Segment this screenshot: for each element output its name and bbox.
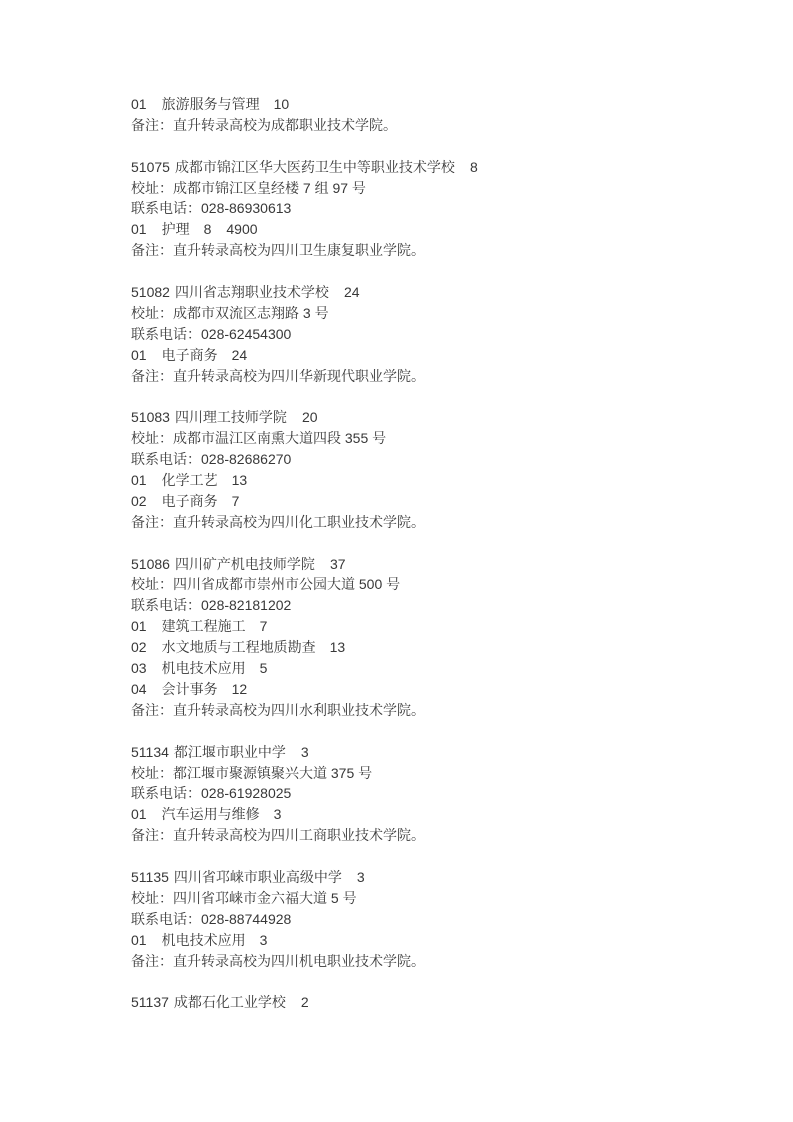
school-block: 51083四川理工技师学院20校址：成都市温江区南熏大道四段 355 号联系电话…	[131, 407, 478, 532]
school-total-count: 20	[302, 409, 318, 425]
phone-value: 028-88744928	[201, 911, 291, 927]
major-line: 01旅游服务与管理10	[131, 94, 478, 115]
major-count: 12	[232, 681, 248, 697]
address-line: 校址：四川省邛崃市金六福大道 5 号	[131, 888, 478, 909]
note-value: 直升转录高校为四川华新现代职业学院。	[173, 368, 425, 384]
phone-label: 联系电话：	[131, 785, 201, 801]
school-block: 51134都江堰市职业中学3校址：都江堰市聚源镇聚兴大道 375 号联系电话：0…	[131, 742, 478, 846]
school-header-line: 51083四川理工技师学院20	[131, 407, 478, 428]
major-name: 护理	[162, 221, 190, 237]
major-line: 01护理84900	[131, 219, 478, 240]
note-line: 备注：直升转录高校为四川机电职业技术学院。	[131, 951, 478, 972]
note-label: 备注：	[131, 368, 173, 384]
note-line: 备注：直升转录高校为四川工商职业技术学院。	[131, 825, 478, 846]
major-code: 04	[131, 681, 147, 697]
address-value: 四川省邛崃市金六福大道 5 号	[173, 890, 357, 906]
note-line: 备注：直升转录高校为四川水利职业技术学院。	[131, 700, 478, 721]
address-label: 校址：	[131, 180, 173, 196]
major-line: 01电子商务24	[131, 345, 478, 366]
school-total-count: 3	[301, 744, 309, 760]
school-admission-list: 01旅游服务与管理10备注：直升转录高校为成都职业技术学院。51075成都市锦江…	[131, 94, 478, 1034]
school-code: 51135	[131, 869, 169, 885]
address-value: 四川省成都市崇州市公园大道 500 号	[173, 576, 400, 592]
note-label: 备注：	[131, 827, 173, 843]
school-total-count: 24	[344, 284, 360, 300]
school-name: 四川省志翔职业技术学校	[175, 284, 329, 300]
major-name: 会计事务	[162, 681, 218, 697]
address-label: 校址：	[131, 576, 173, 592]
document-page: 01旅游服务与管理10备注：直升转录高校为成都职业技术学院。51075成都市锦江…	[0, 0, 793, 1122]
phone-label: 联系电话：	[131, 451, 201, 467]
major-code: 01	[131, 932, 147, 948]
phone-value: 028-62454300	[201, 326, 291, 342]
major-count: 24	[232, 347, 248, 363]
major-name: 机电技术应用	[162, 932, 246, 948]
address-label: 校址：	[131, 430, 173, 446]
major-name: 汽车运用与维修	[162, 806, 260, 822]
note-value: 直升转录高校为四川化工职业技术学院。	[173, 514, 425, 530]
phone-line: 联系电话：028-62454300	[131, 324, 478, 345]
address-label: 校址：	[131, 305, 173, 321]
school-block: 51075成都市锦江区华大医药卫生中等职业技术学校8校址：成都市锦江区皇经楼 7…	[131, 157, 478, 261]
major-line: 02水文地质与工程地质勘查13	[131, 637, 478, 658]
major-count: 10	[274, 96, 290, 112]
phone-value: 028-86930613	[201, 200, 291, 216]
school-block: 51135四川省邛崃市职业高级中学3校址：四川省邛崃市金六福大道 5 号联系电话…	[131, 867, 478, 971]
phone-value: 028-82686270	[201, 451, 291, 467]
major-line: 01建筑工程施工7	[131, 616, 478, 637]
school-block: 51137成都石化工业学校2	[131, 992, 478, 1013]
note-label: 备注：	[131, 514, 173, 530]
major-count: 5	[260, 660, 268, 676]
major-code: 03	[131, 660, 147, 676]
phone-label: 联系电话：	[131, 326, 201, 342]
note-value: 直升转录高校为成都职业技术学院。	[173, 117, 397, 133]
note-line: 备注：直升转录高校为四川卫生康复职业学院。	[131, 240, 478, 261]
school-code: 51137	[131, 994, 169, 1010]
school-header-line: 51075成都市锦江区华大医药卫生中等职业技术学校8	[131, 157, 478, 178]
note-value: 直升转录高校为四川工商职业技术学院。	[173, 827, 425, 843]
note-line: 备注：直升转录高校为成都职业技术学院。	[131, 115, 478, 136]
note-line: 备注：直升转录高校为四川化工职业技术学院。	[131, 512, 478, 533]
address-line: 校址：成都市双流区志翔路 3 号	[131, 303, 478, 324]
note-label: 备注：	[131, 953, 173, 969]
address-label: 校址：	[131, 890, 173, 906]
phone-line: 联系电话：028-88744928	[131, 909, 478, 930]
phone-label: 联系电话：	[131, 200, 201, 216]
school-name: 成都市锦江区华大医药卫生中等职业技术学校	[175, 159, 455, 175]
major-code: 01	[131, 806, 147, 822]
note-label: 备注：	[131, 117, 173, 133]
note-value: 直升转录高校为四川水利职业技术学院。	[173, 702, 425, 718]
major-code: 01	[131, 472, 147, 488]
school-header-line: 51082四川省志翔职业技术学校24	[131, 282, 478, 303]
school-total-count: 2	[301, 994, 309, 1010]
major-name: 旅游服务与管理	[162, 96, 260, 112]
major-code: 01	[131, 618, 147, 634]
major-name: 电子商务	[162, 493, 218, 509]
major-line: 04会计事务12	[131, 679, 478, 700]
school-code: 51134	[131, 744, 169, 760]
phone-value: 028-82181202	[201, 597, 291, 613]
note-value: 直升转录高校为四川机电职业技术学院。	[173, 953, 425, 969]
major-code: 01	[131, 96, 147, 112]
note-value: 直升转录高校为四川卫生康复职业学院。	[173, 242, 425, 258]
major-line: 03机电技术应用5	[131, 658, 478, 679]
major-code: 02	[131, 639, 147, 655]
school-total-count: 8	[470, 159, 478, 175]
school-block: 01旅游服务与管理10备注：直升转录高校为成都职业技术学院。	[131, 94, 478, 136]
address-value: 成都市双流区志翔路 3 号	[173, 305, 329, 321]
phone-line: 联系电话：028-82686270	[131, 449, 478, 470]
school-name: 四川矿产机电技师学院	[175, 556, 315, 572]
major-code: 02	[131, 493, 147, 509]
phone-line: 联系电话：028-61928025	[131, 783, 478, 804]
major-line: 02电子商务7	[131, 491, 478, 512]
school-name: 都江堰市职业中学	[174, 744, 286, 760]
address-value: 成都市温江区南熏大道四段 355 号	[173, 430, 386, 446]
phone-line: 联系电话：028-82181202	[131, 595, 478, 616]
school-header-line: 51086四川矿产机电技师学院37	[131, 554, 478, 575]
major-count: 8	[204, 221, 212, 237]
major-count: 7	[232, 493, 240, 509]
school-total-count: 37	[330, 556, 346, 572]
note-label: 备注：	[131, 242, 173, 258]
major-name: 水文地质与工程地质勘查	[162, 639, 316, 655]
school-header-line: 51134都江堰市职业中学3	[131, 742, 478, 763]
address-line: 校址：成都市温江区南熏大道四段 355 号	[131, 428, 478, 449]
major-name: 化学工艺	[162, 472, 218, 488]
school-header-line: 51137成都石化工业学校2	[131, 992, 478, 1013]
major-count: 7	[260, 618, 268, 634]
school-block: 51086四川矿产机电技师学院37校址：四川省成都市崇州市公园大道 500 号联…	[131, 554, 478, 721]
major-name: 机电技术应用	[162, 660, 246, 676]
major-count: 3	[274, 806, 282, 822]
major-name: 电子商务	[162, 347, 218, 363]
major-code: 01	[131, 347, 147, 363]
address-line: 校址：成都市锦江区皇经楼 7 组 97 号	[131, 178, 478, 199]
major-line: 01化学工艺13	[131, 470, 478, 491]
major-count: 13	[232, 472, 248, 488]
major-line: 01汽车运用与维修3	[131, 804, 478, 825]
major-tuition: 4900	[226, 221, 257, 237]
school-header-line: 51135四川省邛崃市职业高级中学3	[131, 867, 478, 888]
phone-label: 联系电话：	[131, 597, 201, 613]
school-code: 51083	[131, 409, 170, 425]
school-total-count: 3	[357, 869, 365, 885]
note-line: 备注：直升转录高校为四川华新现代职业学院。	[131, 366, 478, 387]
phone-line: 联系电话：028-86930613	[131, 198, 478, 219]
school-name: 四川理工技师学院	[175, 409, 287, 425]
major-line: 01机电技术应用3	[131, 930, 478, 951]
school-code: 51075	[131, 159, 170, 175]
major-count: 13	[330, 639, 346, 655]
school-name: 成都石化工业学校	[174, 994, 286, 1010]
major-name: 建筑工程施工	[162, 618, 246, 634]
phone-value: 028-61928025	[201, 785, 291, 801]
school-code: 51086	[131, 556, 170, 572]
address-value: 都江堰市聚源镇聚兴大道 375 号	[173, 765, 372, 781]
major-count: 3	[260, 932, 268, 948]
phone-label: 联系电话：	[131, 911, 201, 927]
major-code: 01	[131, 221, 147, 237]
address-label: 校址：	[131, 765, 173, 781]
school-block: 51082四川省志翔职业技术学校24校址：成都市双流区志翔路 3 号联系电话：0…	[131, 282, 478, 386]
school-name: 四川省邛崃市职业高级中学	[174, 869, 342, 885]
address-value: 成都市锦江区皇经楼 7 组 97 号	[173, 180, 366, 196]
school-code: 51082	[131, 284, 170, 300]
address-line: 校址：四川省成都市崇州市公园大道 500 号	[131, 574, 478, 595]
note-label: 备注：	[131, 702, 173, 718]
address-line: 校址：都江堰市聚源镇聚兴大道 375 号	[131, 763, 478, 784]
